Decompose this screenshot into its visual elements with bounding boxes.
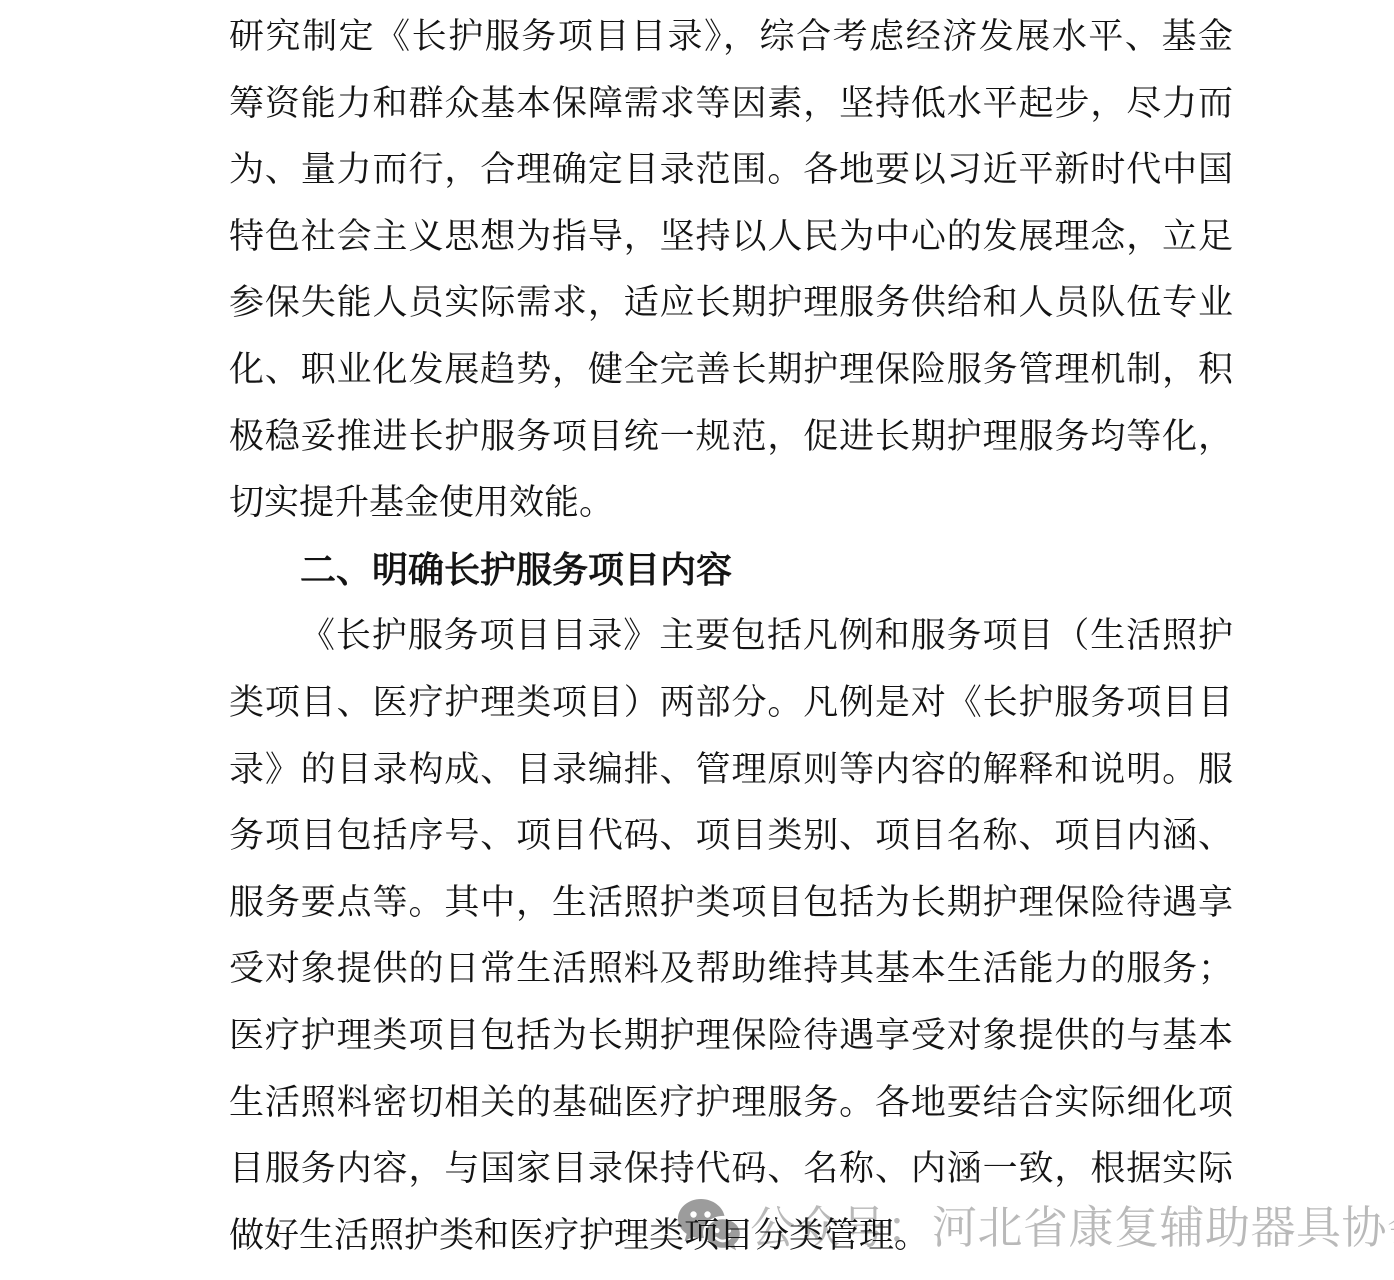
text-line: 录》的目录构成、目录编排、管理原则等内容的解释和说明。服: [229, 737, 1233, 804]
text-line: 极稳妥推进长护服务项目统一规范，促进长期护理服务均等化，: [229, 404, 1233, 471]
text-line: 类项目、医疗护理类项目）两部分。凡例是对《长护服务项目目: [229, 670, 1233, 737]
text-line: 为、量力而行，合理确定目录范围。各地要以习近平新时代中国: [229, 137, 1233, 204]
text-line: 医疗护理类项目包括为长期护理保险待遇享受对象提供的与基本: [229, 1003, 1233, 1070]
text-line: 受对象提供的日常生活照料及帮助维持其基本生活能力的服务；: [229, 936, 1233, 1003]
text-line: 《长护服务项目目录》主要包括凡例和服务项目（生活照护: [229, 603, 1233, 670]
text-line: 研究制定《长护服务项目目录》，综合考虑经济发展水平、基金: [229, 4, 1233, 71]
text-line: 切实提升基金使用效能。: [229, 470, 1233, 537]
text-line: 筹资能力和群众基本保障需求等因素，坚持低水平起步，尽力而: [229, 71, 1233, 138]
text-line: 目服务内容，与国家目录保持代码、名称、内涵一致，根据实际: [229, 1136, 1233, 1203]
text-line: 参保失能人员实际需求，适应长期护理服务供给和人员队伍专业: [229, 270, 1233, 337]
text-line: 化、职业化发展趋势，健全完善长期护理保险服务管理机制，积: [229, 337, 1233, 404]
text-line: 务项目包括序号、项目代码、项目类别、项目名称、项目内涵、: [229, 803, 1233, 870]
section-heading: 二、明确长护服务项目内容: [229, 537, 1233, 604]
document-page: 研究制定《长护服务项目目录》，综合考虑经济发展水平、基金筹资能力和群众基本保障需…: [0, 0, 1394, 1280]
text-line: 特色社会主义思想为指导，坚持以人民为中心的发展理念，立足: [229, 204, 1233, 271]
text-line: 做好生活照护类和医疗护理类项目分类管理。: [229, 1203, 1233, 1270]
text-line: 服务要点等。其中，生活照护类项目包括为长期护理保险待遇享: [229, 870, 1233, 937]
document-text: 研究制定《长护服务项目目录》，综合考虑经济发展水平、基金筹资能力和群众基本保障需…: [229, 4, 1233, 1269]
text-line: 生活照料密切相关的基础医疗护理服务。各地要结合实际细化项: [229, 1070, 1233, 1137]
